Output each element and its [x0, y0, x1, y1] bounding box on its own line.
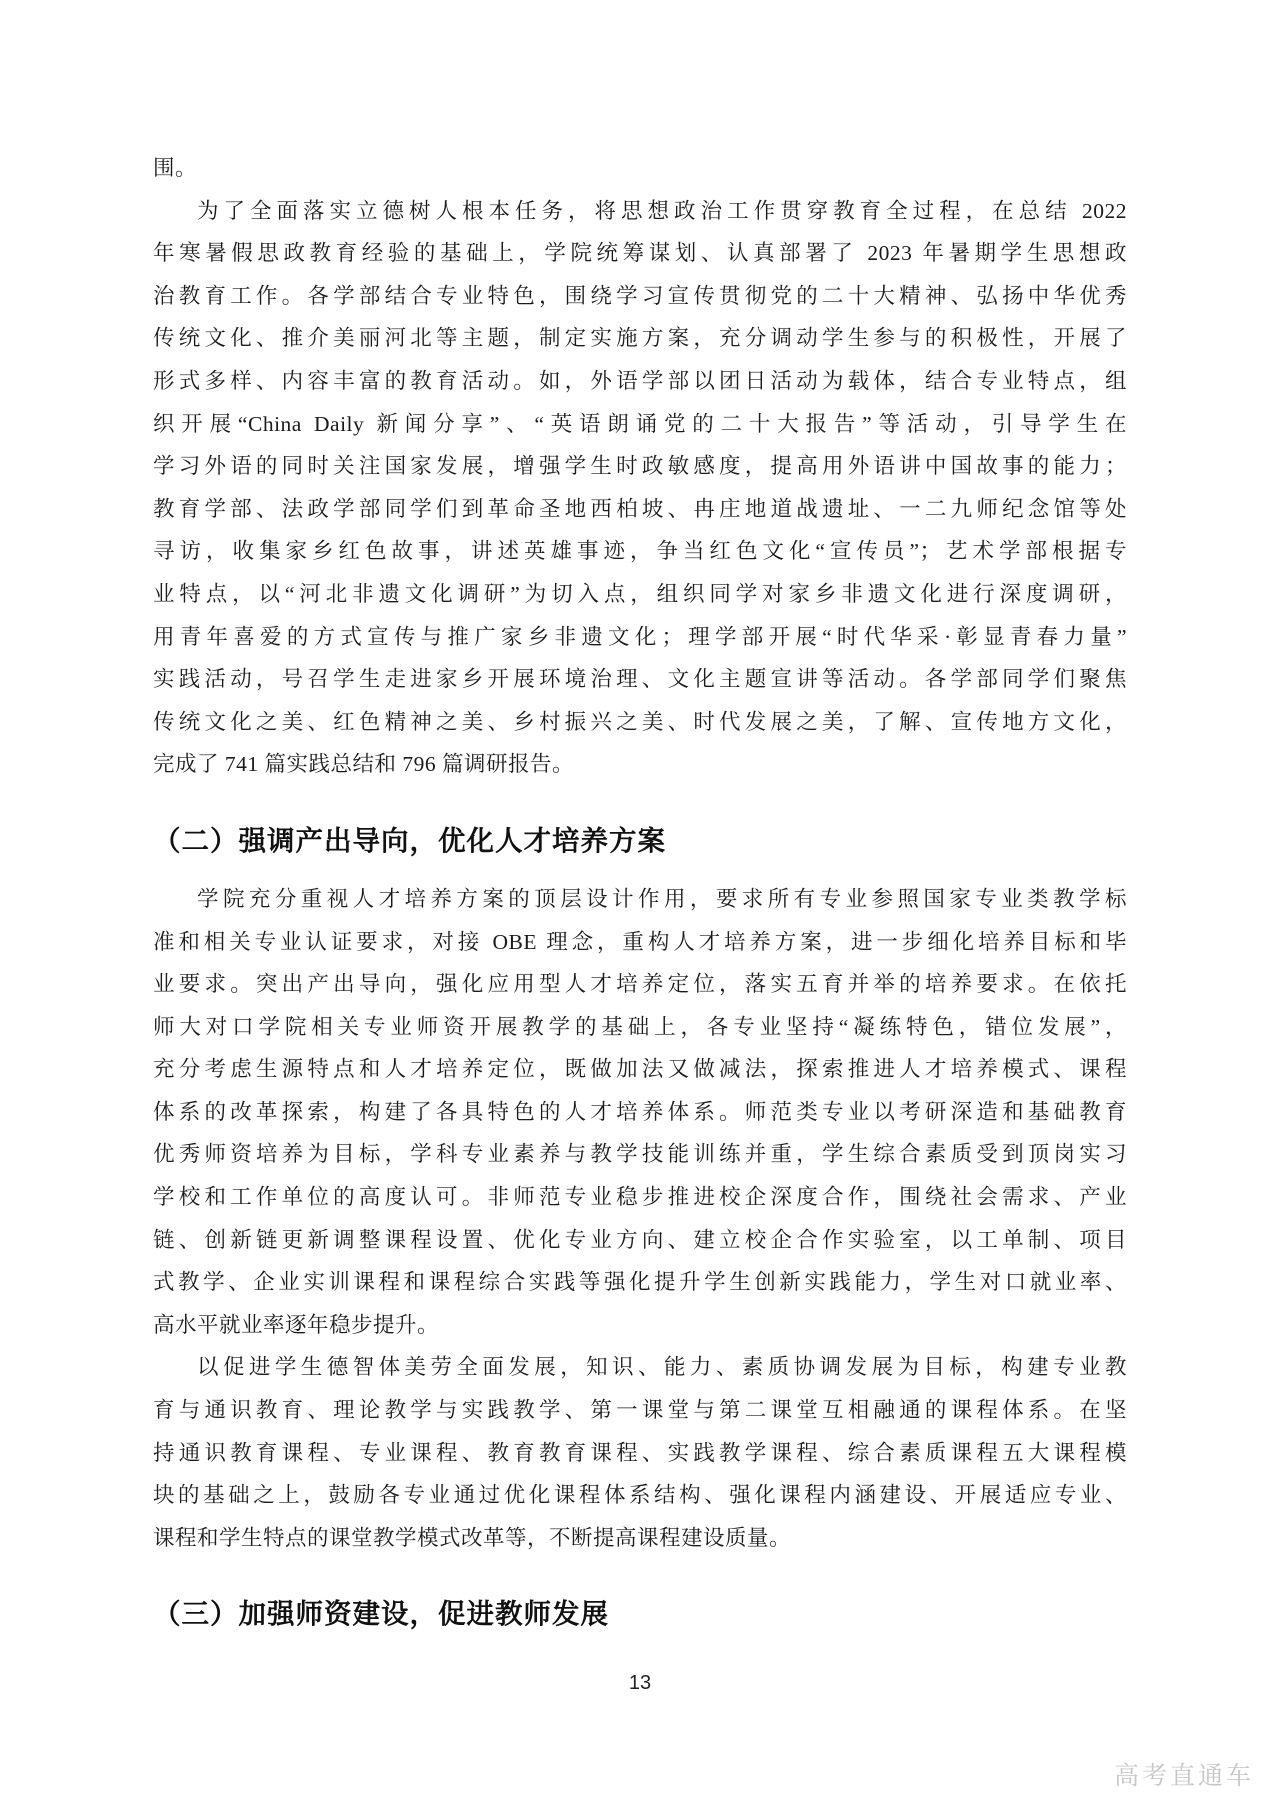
body-line: 准和相关专业认证要求，对接 OBE 理念，重构人才培养方案，进一步细化培养目标和…	[153, 921, 1127, 964]
body-line: 链、创新链更新调整课程设置、优化专业方向、建立校企合作实验室，以工单制、项目	[153, 1219, 1127, 1262]
body-line: 教育学部、法政学部同学们到革命圣地西柏坡、冉庄地道战遗址、一二九师纪念馆等处	[153, 488, 1127, 531]
body-line: 业特点，以“河北非遗文化调研”为切入点，组织同学对家乡非遗文化进行深度调研，	[153, 573, 1127, 616]
document-page: 围。为了全面落实立德树人根本任务，将思想政治工作贯穿教育全过程，在总结 2022…	[0, 0, 1280, 1810]
page-number: 13	[0, 1672, 1280, 1695]
body-line: 用青年喜爱的方式宣传与推广家乡非遗文化；理学部开展“时代华采·彰显青春力量”	[153, 616, 1127, 659]
body-line: 年寒暑假思政教育经验的基础上，学院统筹谋划、认真部署了 2023 年暑期学生思想…	[153, 232, 1127, 275]
body-line: 块的基础之上，鼓励各专业通过优化课程体系结构、强化课程内涵建设、开展适应专业、	[153, 1474, 1127, 1517]
body-line: 传统文化之美、红色精神之美、乡村振兴之美、时代发展之美，了解、宣传地方文化，	[153, 701, 1127, 744]
body-line: 围。	[153, 147, 1127, 190]
body-line: 高水平就业率逐年稳步提升。	[153, 1304, 1127, 1347]
body-line: 业要求。突出产出导向，强化应用型人才培养定位，落实五育并举的培养要求。在依托	[153, 963, 1127, 1006]
body-line: 寻访，收集家乡红色故事，讲述英雄事迹，争当红色文化“宣传员”；艺术学部根据专	[153, 530, 1127, 573]
body-line: 织开展“China Daily 新闻分享”、“英语朗诵党的二十大报告”等活动，引…	[153, 403, 1127, 446]
body-line: 优秀师资培养为目标，学科专业素养与教学技能训练并重，学生综合素质受到顶岗实习	[153, 1133, 1127, 1176]
body-line: 学院充分重视人才培养方案的顶层设计作用，要求所有专业参照国家专业类教学标	[153, 878, 1127, 921]
section-heading: （三）加强师资建设，促进教师发展	[153, 1591, 1127, 1637]
body-line: 育与通识教育、理论教学与实践教学、第一课堂与第二课堂互相融通的课程体系。在坚	[153, 1389, 1127, 1432]
body-line: 形式多样、内容丰富的教育活动。如，外语学部以团日活动为载体，结合专业特点，组	[153, 360, 1127, 403]
body-line: 式教学、企业实训课程和课程综合实践等强化提升学生创新实践能力，学生对口就业率、	[153, 1261, 1127, 1304]
body-line: 治教育工作。各学部结合专业特色，围绕学习宣传贯彻党的二十大精神、弘扬中华优秀	[153, 275, 1127, 318]
body-line: 师大对口学院相关专业师资开展教学的基础上，各专业坚持“凝练特色，错位发展”，	[153, 1006, 1127, 1049]
body-line: 完成了 741 篇实践总结和 796 篇调研报告。	[153, 743, 1127, 786]
document-content: 围。为了全面落实立德树人根本任务，将思想政治工作贯穿教育全过程，在总结 2022…	[153, 147, 1127, 1651]
body-line: 传统文化、推介美丽河北等主题，制定实施方案，充分调动学生参与的积极性，开展了	[153, 317, 1127, 360]
section-heading: （二）强调产出导向，优化人才培养方案	[153, 818, 1127, 864]
body-line: 充分考虑生源特点和人才培养定位，既做加法又做减法，探索推进人才培养模式、课程	[153, 1048, 1127, 1091]
body-line: 体系的改革探索，构建了各具特色的人才培养体系。师范类专业以考研深造和基础教育	[153, 1091, 1127, 1134]
body-line: 课程和学生特点的课堂教学模式改革等，不断提高课程建设质量。	[153, 1517, 1127, 1560]
body-line: 为了全面落实立德树人根本任务，将思想政治工作贯穿教育全过程，在总结 2022	[153, 190, 1127, 233]
body-line: 持通识教育课程、专业课程、教育教育课程、实践教学课程、综合素质课程五大课程模	[153, 1432, 1127, 1475]
body-line: 学校和工作单位的高度认可。非师范专业稳步推进校企深度合作，围绕社会需求、产业	[153, 1176, 1127, 1219]
body-line: 学习外语的同时关注国家发展，增强学生时政敏感度，提高用外语讲中国故事的能力；	[153, 445, 1127, 488]
body-line: 以促进学生德智体美劳全面发展，知识、能力、素质协调发展为目标，构建专业教	[153, 1346, 1127, 1389]
body-line: 实践活动，号召学生走进家乡开展环境治理、文化主题宣讲等活动。各学部同学们聚焦	[153, 658, 1127, 701]
watermark: 高考直通车	[1114, 1756, 1254, 1792]
